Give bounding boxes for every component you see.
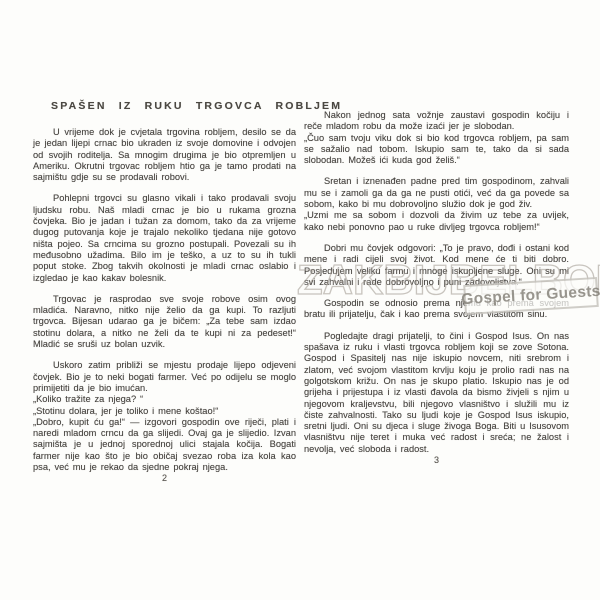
right-page: Nakon jednog sata vožnje zaustavi gospod… [304, 110, 569, 466]
paragraph: „Dobro, kupit ću ga!“ — izgovori gospodi… [33, 417, 296, 473]
paragraph: Gospodin se odnosio prema njemu kao prem… [304, 298, 569, 321]
paragraph: Trgovac je rasprodao sve svoje robove os… [33, 294, 296, 350]
paragraph: Uskoro zatim približi se mjestu prodaje … [33, 360, 296, 394]
paragraph: Pogledajte dragi prijatelji, to čini i G… [304, 331, 569, 455]
paragraph: „Čuo sam tvoju viku dok si bio kod trgov… [304, 133, 569, 167]
paragraph: „Stotinu dolara, jer je toliko i mene ko… [33, 406, 296, 417]
left-page-paragraphs: U vrijeme dok je cvjetala trgovina roblj… [33, 127, 296, 473]
right-page-paragraphs: Nakon jednog sata vožnje zaustavi gospod… [304, 110, 569, 455]
paragraph: Pohlepni trgovci su glasno vikali i tako… [33, 193, 296, 283]
paragraph: Nakon jednog sata vožnje zaustavi gospod… [304, 110, 569, 133]
left-page: SPAŠEN IZ RUKU TRGOVCA ROBLJEM U vrijeme… [33, 100, 296, 485]
paragraph: „Uzmi me sa sobom i dozvoli da živim uz … [304, 210, 569, 233]
scanned-booklet-spread: SPAŠEN IZ RUKU TRGOVCA ROBLJEM U vrijeme… [0, 0, 600, 600]
page-number-right: 3 [304, 455, 569, 466]
paragraph: Sretan i iznenađen padne pred tim gospod… [304, 176, 569, 210]
paragraph: U vrijeme dok je cvjetala trgovina roblj… [33, 127, 296, 183]
paragraph: Dobri mu čovjek odgovori: „To je pravo, … [304, 243, 569, 288]
page-number-left: 2 [33, 473, 296, 484]
page-title: SPAŠEN IZ RUKU TRGOVCA ROBLJEM [33, 100, 296, 112]
paragraph: „Koliko tražite za njega? “ [33, 394, 296, 405]
